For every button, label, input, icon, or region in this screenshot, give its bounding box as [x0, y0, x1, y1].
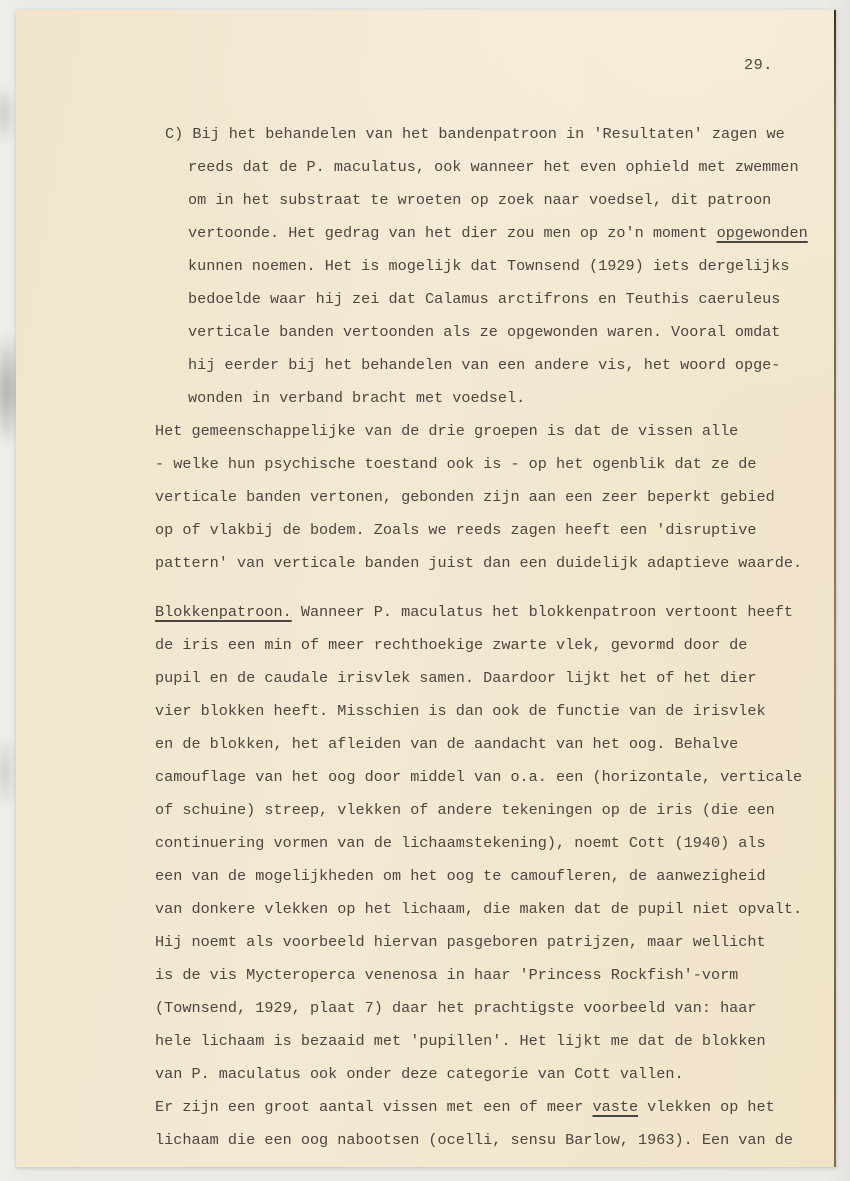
text-line: reeds dat de P. maculatus, ook wanneer h… — [155, 151, 827, 184]
text-line: vier blokken heeft. Misschien is dan ook… — [155, 695, 827, 728]
text-line: - welke hun psychische toestand ook is -… — [155, 448, 827, 481]
text-run: (Townsend, 1929, plaat 7) daar het prach… — [155, 999, 757, 1017]
text-line: verticale banden vertonen, gebonden zijn… — [155, 481, 827, 514]
text-run: vier blokken heeft. Misschien is dan ook… — [155, 702, 766, 720]
text-run: wonden in verband bracht met voedsel. — [188, 389, 525, 407]
text-line: pattern' van verticale banden juist dan … — [155, 547, 827, 580]
text-run: C) Bij het behandelen van het bandenpatr… — [165, 125, 785, 143]
text-line: hele lichaam is bezaaid met 'pupillen'. … — [155, 1025, 827, 1058]
underlined-text-run: opgewonden — [717, 224, 808, 242]
text-run: bedoelde waar hij zei dat Calamus arctif… — [188, 290, 780, 308]
text-line: C) Bij het behandelen van het bandenpatr… — [155, 118, 827, 151]
text-line: op of vlakbij de bodem. Zoals we reeds z… — [155, 514, 827, 547]
text-run: Het gemeenschappelijke van de drie groep… — [155, 422, 738, 440]
text-line: om in het substraat te wroeten op zoek n… — [155, 184, 827, 217]
text-run: Er zijn een groot aantal vissen met een … — [155, 1098, 592, 1116]
text-run: pattern' van verticale banden juist dan … — [155, 554, 802, 572]
text-line: van donkere vlekken op het lichaam, die … — [155, 893, 827, 926]
page-number: 29. — [744, 56, 773, 74]
text-run: kunnen noemen. Het is mogelijk dat Towns… — [188, 257, 790, 275]
text-run: lichaam die een oog nabootsen (ocelli, s… — [155, 1131, 793, 1149]
text-line: camouflage van het oog door middel van o… — [155, 761, 827, 794]
text-line: is de vis Mycteroperca venenosa in haar … — [155, 959, 827, 992]
text-run: verticale banden vertonen, gebonden zijn… — [155, 488, 775, 506]
text-line: lichaam die een oog nabootsen (ocelli, s… — [155, 1124, 827, 1157]
text-run: hele lichaam is bezaaid met 'pupillen'. … — [155, 1032, 766, 1050]
text-line: kunnen noemen. Het is mogelijk dat Towns… — [155, 250, 827, 283]
text-run: continuering vormen van de lichaamsteken… — [155, 834, 766, 852]
text-run: en de blokken, het afleiden van de aanda… — [155, 735, 738, 753]
text-run: - welke hun psychische toestand ook is -… — [155, 455, 757, 473]
scanned-document-page: 29. C) Bij het behandelen van het banden… — [0, 0, 850, 1181]
text-run: de iris een min of meer rechthoekige zwa… — [155, 636, 747, 654]
text-run: pupil en de caudale irisvlek samen. Daar… — [155, 669, 757, 687]
text-run: is de vis Mycteroperca venenosa in haar … — [155, 966, 738, 984]
text-line: van P. maculatus ook onder deze categori… — [155, 1058, 827, 1091]
text-run: op of vlakbij de bodem. Zoals we reeds z… — [155, 521, 757, 539]
text-run: camouflage van het oog door middel van o… — [155, 768, 802, 786]
text-run: om in het substraat te wroeten op zoek n… — [188, 191, 771, 209]
text-run: vlekken op het — [638, 1098, 775, 1116]
text-run: van P. maculatus ook onder deze categori… — [155, 1065, 684, 1083]
scan-smudge — [0, 82, 16, 146]
text-line: vertoonde. Het gedrag van het dier zou m… — [155, 217, 827, 250]
text-line: bedoelde waar hij zei dat Calamus arctif… — [155, 283, 827, 316]
typewritten-text-block: C) Bij het behandelen van het bandenpatr… — [155, 118, 827, 1157]
text-line: wonden in verband bracht met voedsel. — [155, 382, 827, 415]
text-line: Blokkenpatroon. Wanneer P. maculatus het… — [155, 596, 827, 629]
text-line: (Townsend, 1929, plaat 7) daar het prach… — [155, 992, 827, 1025]
underlined-text-run: vaste — [592, 1098, 638, 1116]
text-run: vertoonde. Het gedrag van het dier zou m… — [188, 224, 717, 242]
text-run: Hij noemt als voorbeeld hiervan pasgebor… — [155, 933, 766, 951]
text-line: continuering vormen van de lichaamsteken… — [155, 827, 827, 860]
text-line: de iris een min of meer rechthoekige zwa… — [155, 629, 827, 662]
text-run: of schuine) streep, vlekken of andere te… — [155, 801, 775, 819]
paper-sheet: 29. C) Bij het behandelen van het banden… — [16, 10, 836, 1167]
underlined-text-run: Blokkenpatroon. — [155, 603, 292, 621]
text-line: Het gemeenschappelijke van de drie groep… — [155, 415, 827, 448]
text-line: Er zijn een groot aantal vissen met een … — [155, 1091, 827, 1124]
text-line: of schuine) streep, vlekken of andere te… — [155, 794, 827, 827]
text-line: Hij noemt als voorbeeld hiervan pasgebor… — [155, 926, 827, 959]
text-line: een van de mogelijkheden om het oog te c… — [155, 860, 827, 893]
paragraph-gap — [155, 580, 827, 596]
text-run: Wanneer P. maculatus het blokkenpatroon … — [292, 603, 793, 621]
text-line: en de blokken, het afleiden van de aanda… — [155, 728, 827, 761]
text-run: reeds dat de P. maculatus, ook wanneer h… — [188, 158, 799, 176]
text-run: verticale banden vertoonden als ze opgew… — [188, 323, 780, 341]
text-run: een van de mogelijkheden om het oog te c… — [155, 867, 766, 885]
text-run: van donkere vlekken op het lichaam, die … — [155, 900, 802, 918]
paper-right-edge-shadow — [834, 10, 836, 1167]
text-run: hij eerder bij het behandelen van een an… — [188, 356, 780, 374]
text-line: pupil en de caudale irisvlek samen. Daar… — [155, 662, 827, 695]
text-line: verticale banden vertoonden als ze opgew… — [155, 316, 827, 349]
text-line: hij eerder bij het behandelen van een an… — [155, 349, 827, 382]
